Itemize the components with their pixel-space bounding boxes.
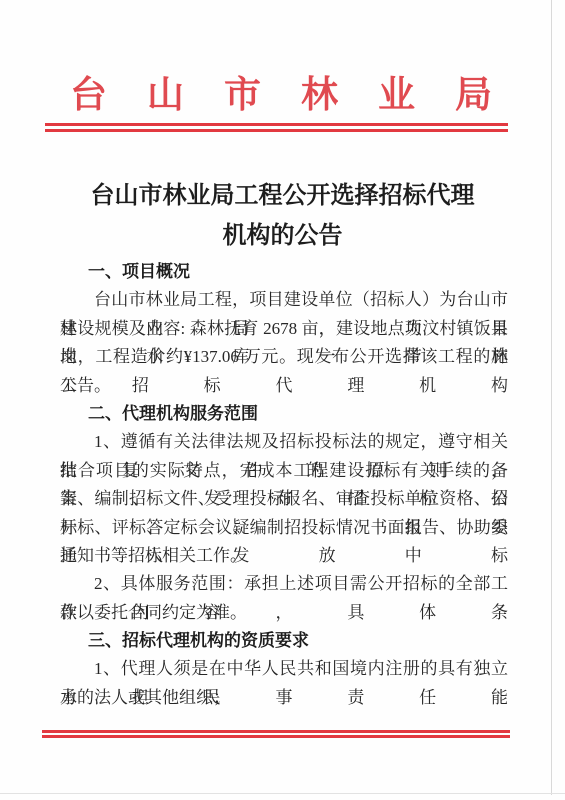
body-line: 地，工程造价约¥137.06 万元。现发布公开选择该工程的施工招标代理机构 — [60, 343, 508, 371]
section-heading-3: 三、招标代理机构的资质要求 — [60, 627, 508, 655]
body-line: 1、遵循有关法律法规及招标投标法的规定，遵守相关批复文件的原则， — [60, 428, 508, 456]
scanned-document-page: 台山市林业局 台山市林业局工程公开选择招标代理 机构的公告 一、项目概况 台山市… — [0, 0, 565, 800]
footer-divider — [42, 730, 510, 738]
body-line: 建设规模及内容: 森林抚育 2678 亩，建设地点为汶村镇饭果岗水库一带林 — [60, 315, 508, 343]
document-title: 台山市林业局工程公开选择招标代理 机构的公告 — [30, 176, 535, 256]
document-body: 一、项目概况 台山市林业局工程，项目建设单位（招标人）为台山市林业局，项目 建设… — [60, 258, 508, 712]
body-line: 2、具体服务范围：承担上述项目需公开招标的全部工作内容，具体条 — [60, 570, 508, 598]
letterhead-agency-name: 台山市林业局 — [70, 74, 532, 118]
page-edge-right — [551, 0, 552, 795]
section-heading-1: 一、项目概况 — [60, 258, 508, 286]
body-line: 开标、评标、定标会议、编制招投标情况书面报告、协助委托人发放中标 — [60, 514, 508, 542]
document-title-line-1: 台山市林业局工程公开选择招标代理 — [30, 176, 535, 216]
page-edge-bottom — [0, 793, 565, 794]
document-title-line-2: 机构的公告 — [30, 216, 535, 256]
body-line: 1、代理人须是在中华人民共和国境内注册的具有独立承担民事责任能 — [60, 655, 508, 683]
body-line: 告、编制招标文件、受理投标报名、审查投标单位资格、招标答疑、组织 — [60, 485, 508, 513]
section-heading-2: 二、代理机构服务范围 — [60, 400, 508, 428]
body-line: 结合项目的实际特点，完成本工程建设招标有关手续的备案、发布招标公 — [60, 457, 508, 485]
letterhead-divider — [45, 123, 508, 132]
body-line: 台山市林业局工程，项目建设单位（招标人）为台山市林业局，项目 — [60, 286, 508, 314]
